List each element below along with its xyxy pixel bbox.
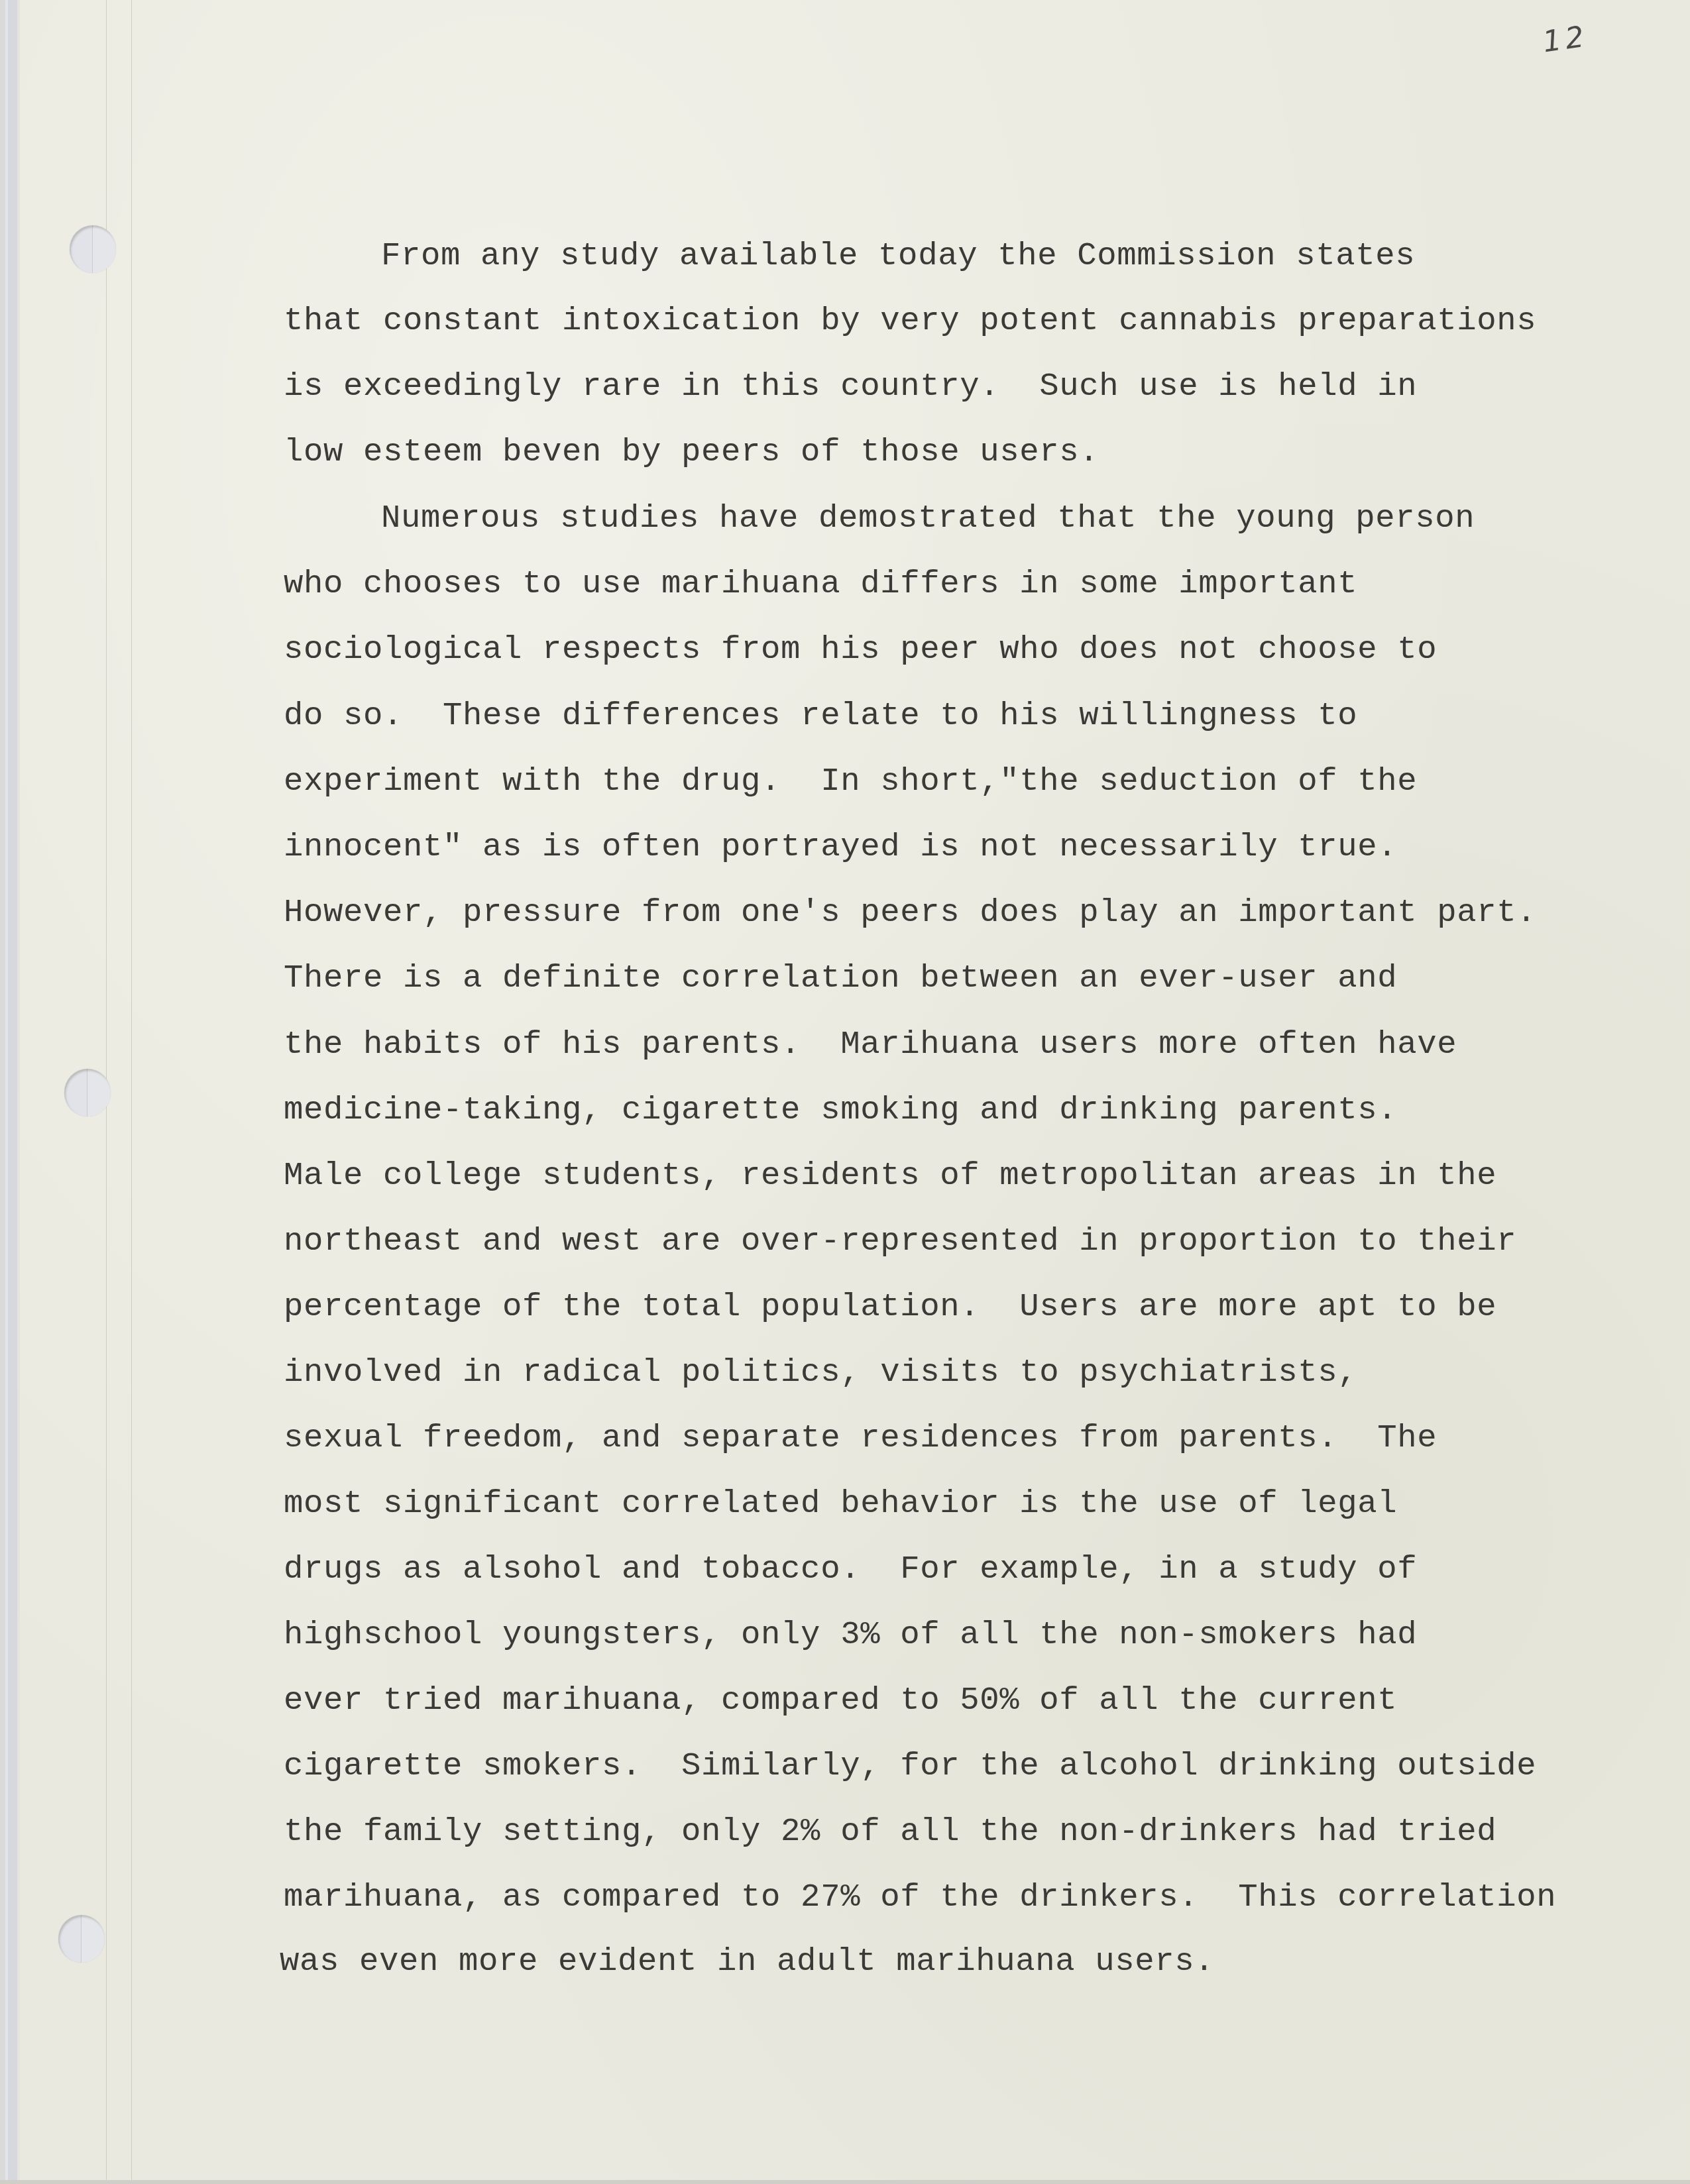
paragraph-2-line-22: marihuana, as compared to 27% of the dri… — [284, 1877, 1556, 1917]
paragraph-2-line-7: However, pressure from one's peers does … — [284, 893, 1536, 932]
scanner-edge — [0, 0, 20, 2184]
punch-hole-bottom — [58, 1915, 105, 1963]
paragraph-2-line-11: Male college students, residents of metr… — [284, 1156, 1496, 1195]
paragraph-2-line-15: sexual freedom, and separate residences … — [284, 1418, 1437, 1458]
paragraph-2-line-2: who chooses to use marihuana differs in … — [284, 564, 1357, 604]
paragraph-2-line-21: the family setting, only 2% of all the n… — [284, 1812, 1496, 1851]
paragraph-2-line-8: There is a definite correlation between … — [284, 958, 1397, 998]
paragraph-2-line-16: most significant correlated behavior is … — [284, 1484, 1397, 1523]
punch-hole-top — [70, 225, 116, 273]
paragraph-2-line-4: do so. These differences relate to his w… — [284, 696, 1357, 736]
paragraph-2-line-12: northeast and west are over-represented … — [284, 1221, 1516, 1261]
paragraph-2-line-3: sociological respects from his peer who … — [284, 629, 1437, 669]
paragraph-2-line-23: was even more evident in adult marihuana… — [280, 1941, 1214, 1981]
paragraph-2-line-1: Numerous studies have demostrated that t… — [381, 498, 1475, 538]
paragraph-2-line-18: highschool youngsters, only 3% of all th… — [284, 1615, 1417, 1655]
paragraph-2-line-17: drugs as alsohol and tobacco. For exampl… — [284, 1549, 1417, 1589]
handwritten-page-number: 12 — [1541, 20, 1590, 60]
paragraph-2-line-19: ever tried marihuana, compared to 50% of… — [284, 1680, 1397, 1720]
paragraph-2-line-5: experiment with the drug. In short,"the … — [284, 761, 1417, 801]
paragraph-1-line-1: From any study available today the Commi… — [381, 236, 1415, 276]
page-bottom-edge — [0, 2180, 1690, 2184]
paragraph-2-line-20: cigarette smokers. Similarly, for the al… — [284, 1746, 1536, 1786]
paragraph-1-line-3: is exceedingly rare in this country. Suc… — [284, 366, 1417, 406]
document-page: 12 From any study available today the Co… — [0, 0, 1690, 2184]
paragraph-2-line-6: innocent" as is often portrayed is not n… — [284, 827, 1397, 867]
paragraph-1-line-2: that constant intoxication by very poten… — [284, 301, 1536, 341]
punch-hole-middle — [64, 1069, 111, 1117]
paragraph-2-line-13: percentage of the total population. User… — [284, 1287, 1496, 1327]
paragraph-2-line-10: medicine-taking, cigarette smoking and d… — [284, 1090, 1397, 1130]
paragraph-2-line-14: involved in radical politics, visits to … — [284, 1352, 1357, 1392]
paragraph-1-line-4: low esteem beven by peers of those users… — [284, 432, 1099, 472]
paper-crease — [131, 0, 132, 2184]
paragraph-2-line-9: the habits of his parents. Marihuana use… — [284, 1024, 1457, 1064]
